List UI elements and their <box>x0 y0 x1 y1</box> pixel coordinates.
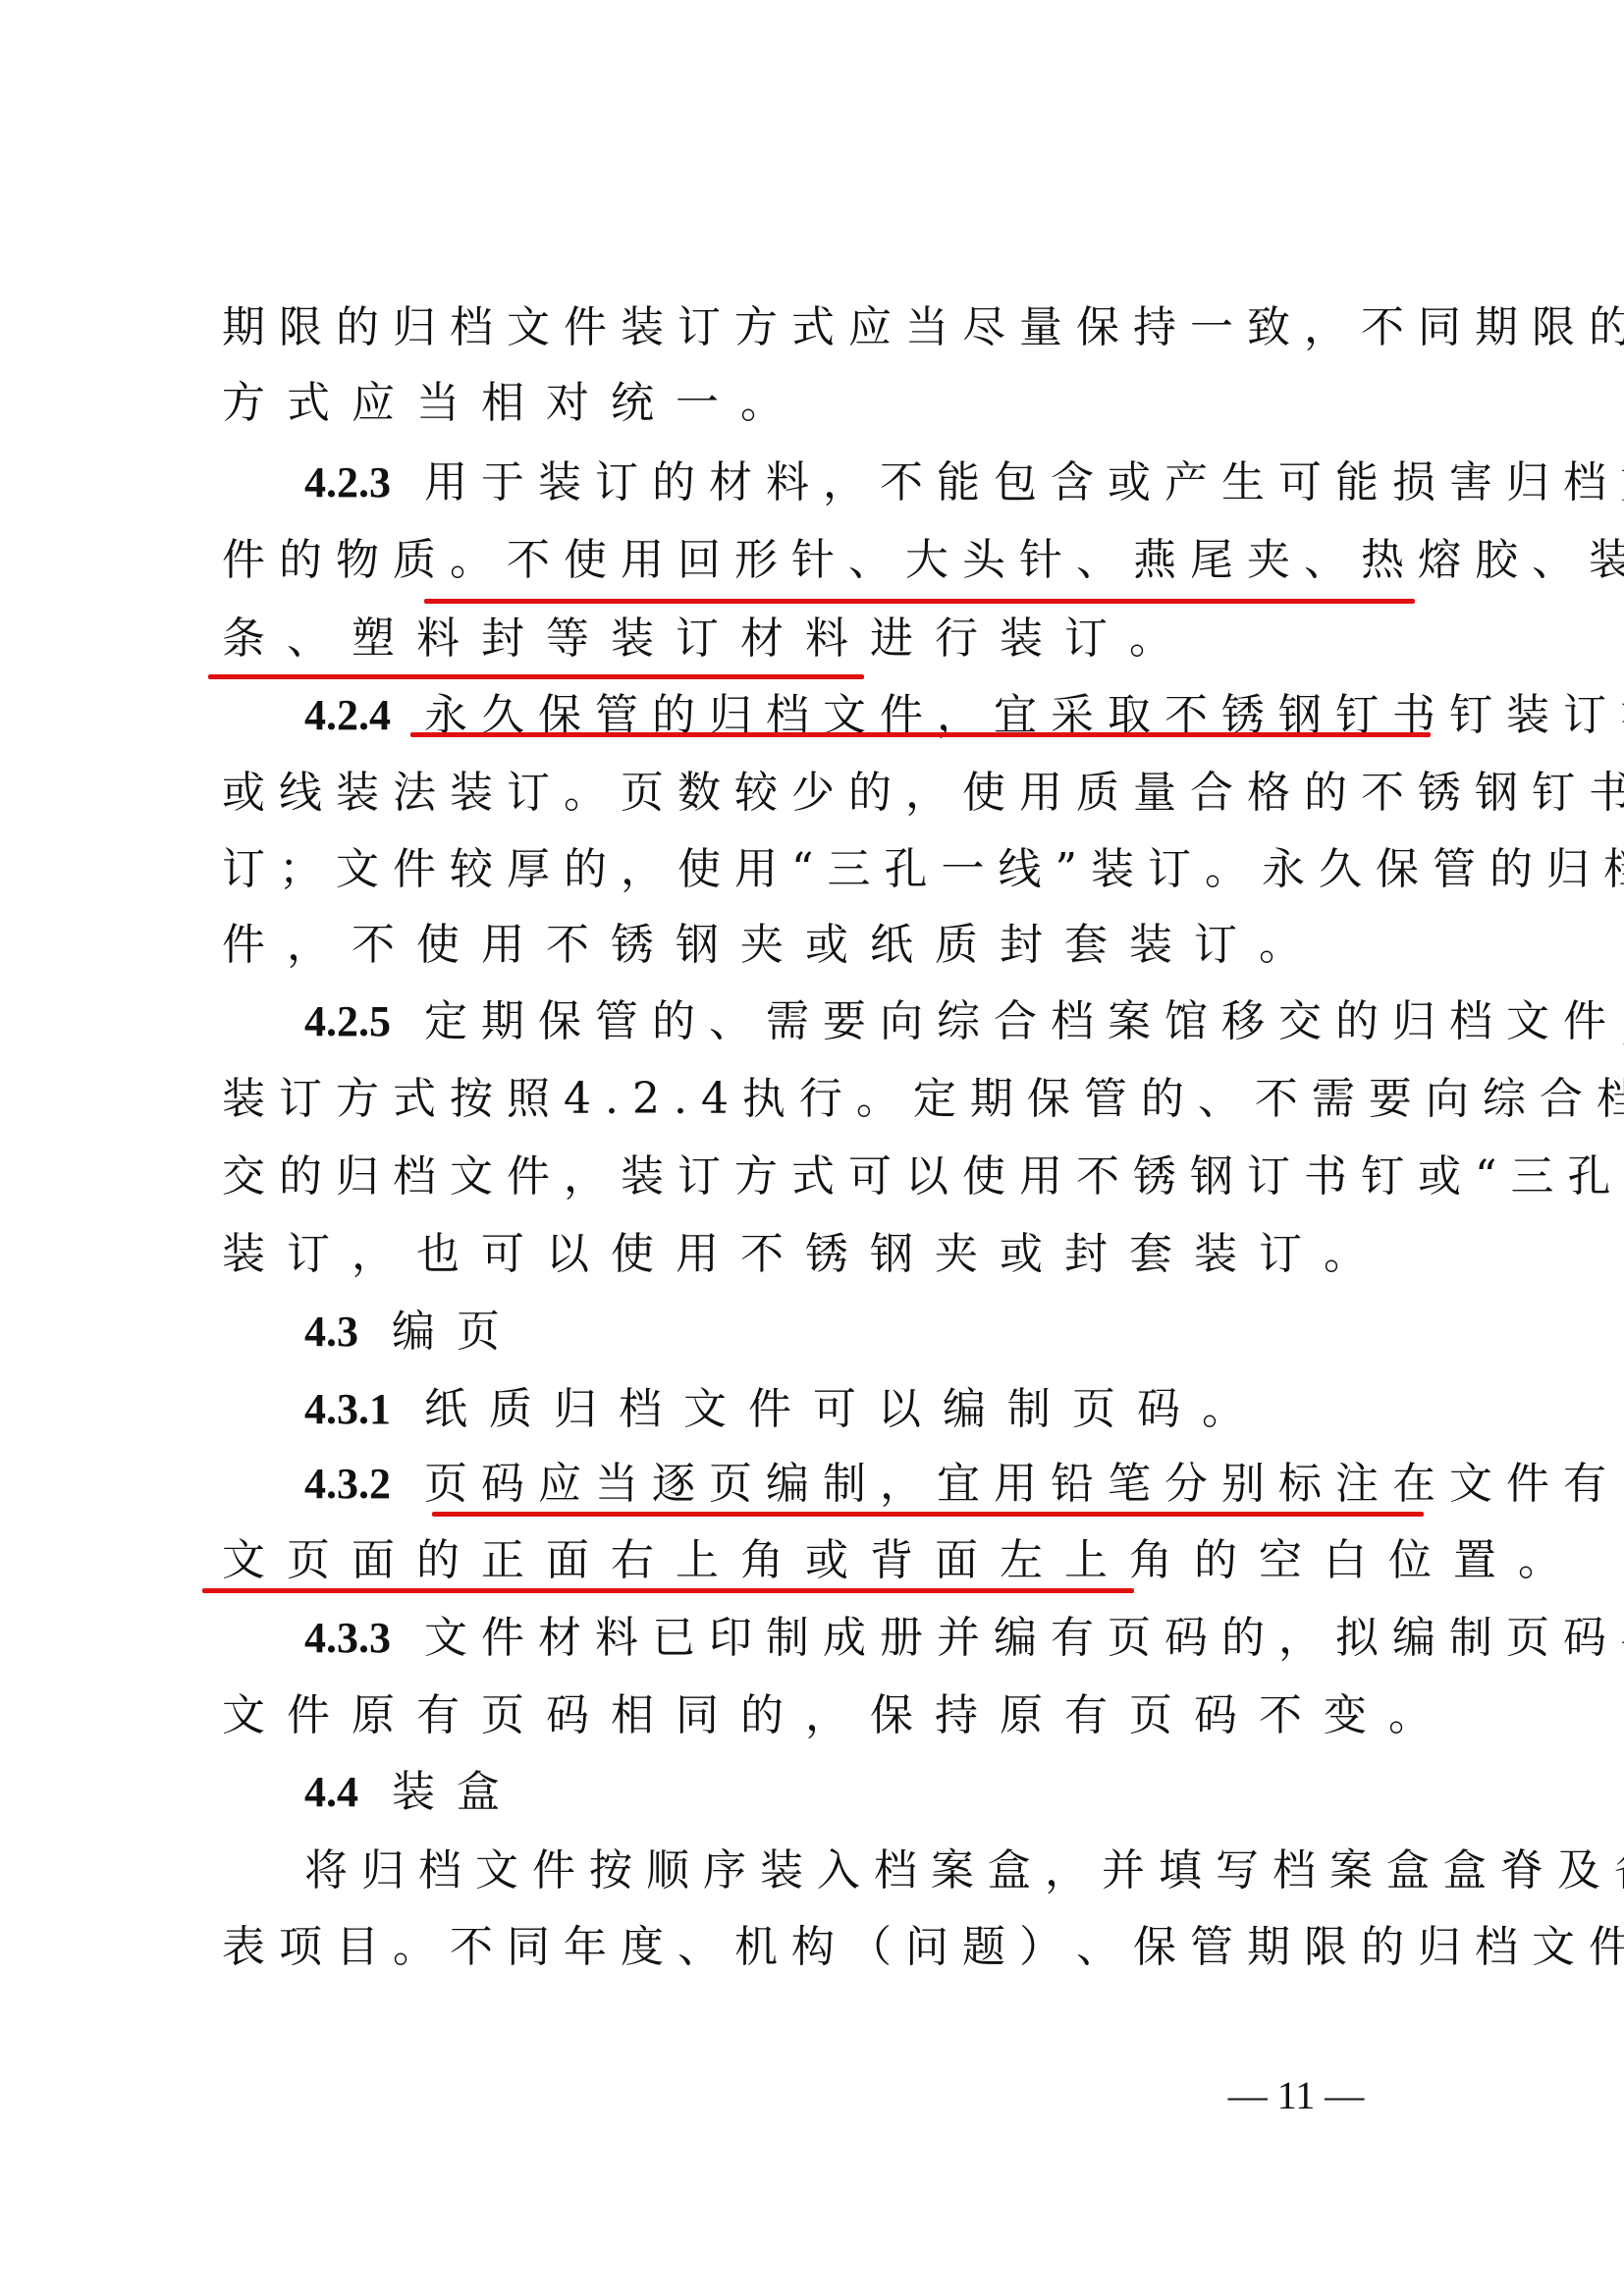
line-text: 订 ； 文 件 较 厚 的 ， 使 用 “ 三 孔 一 线 ” 装 订 。 永 … <box>222 844 1624 894</box>
body-line: 将 归 档 文 件 按 顺 序 装 入 档 案 盒 ， 并 填 写 档 案 盒 … <box>304 1842 1418 1900</box>
clause-number: 4.2.4 <box>304 686 391 745</box>
body-line: 交 的 归 档 文 件 ， 装 订 方 式 可 以 使 用 不 锈 钢 订 书 … <box>222 1148 1418 1206</box>
document-page: 期 限 的 归 档 文 件 装 订 方 式 应 当 尽 量 保 持 一 致 ， … <box>0 0 1624 2296</box>
line-text: 纸质归档文件可以编制页码。 <box>424 1384 1267 1434</box>
line-text: 期 限 的 归 档 文 件 装 订 方 式 应 当 尽 量 保 持 一 致 ， … <box>222 302 1624 352</box>
red-underline-annotation <box>424 599 1415 604</box>
section-heading-4-4: 4.4装盒 <box>304 1763 1418 1822</box>
body-line: 文件原有页码相同的，保持原有页码不变。 <box>222 1686 1418 1745</box>
line-text: 文件原有页码相同的，保持原有页码不变。 <box>222 1690 1453 1740</box>
line-text: 件 的 物 质 。 不 使 用 回 形 针 、 大 头 针 、 燕 尾 夹 、 … <box>222 535 1624 585</box>
body-line: 期 限 的 归 档 文 件 装 订 方 式 应 当 尽 量 保 持 一 致 ， … <box>222 298 1418 357</box>
section-number: 4.4 <box>304 1763 358 1822</box>
section-title: 装盒 <box>392 1767 521 1817</box>
red-underline-annotation <box>208 674 864 679</box>
body-line: 或 线 装 法 装 订 。 页 数 较 少 的 ， 使 用 质 量 合 格 的 … <box>222 764 1418 823</box>
line-text: 将 归 档 文 件 按 顺 序 装 入 档 案 盒 ， 并 填 写 档 案 盒 … <box>304 1845 1624 1896</box>
section-heading-4-3: 4.3编页 <box>304 1303 1418 1362</box>
line-text: 用 于 装 订 的 材 料 ， 不 能 包 含 或 产 生 可 能 损 害 归 … <box>424 457 1624 507</box>
clause-number: 4.3.3 <box>304 1609 391 1668</box>
section-title: 编页 <box>392 1307 521 1357</box>
clause-number: 4.3.2 <box>304 1455 391 1514</box>
line-text: 方式应当相对统一。 <box>222 378 805 428</box>
body-line: 装订，也可以使用不锈钢夹或封套装订。 <box>222 1225 1418 1284</box>
clause-number: 4.2.5 <box>304 992 391 1051</box>
clause-4-2-3: 4.2.3用 于 装 订 的 材 料 ， 不 能 包 含 或 产 生 可 能 损… <box>304 454 1418 512</box>
body-line: 条、塑料封等装订材料进行装订。 <box>222 610 1418 668</box>
body-line: 订 ； 文 件 较 厚 的 ， 使 用 “ 三 孔 一 线 ” 装 订 。 永 … <box>222 840 1418 899</box>
line-text: 定 期 保 管 的 、 需 要 向 综 合 档 案 馆 移 交 的 归 档 文 … <box>424 996 1624 1046</box>
body-line: 表 项 目 。 不 同 年 度 、 机 构 （ 问 题 ） 、 保 管 期 限 … <box>222 1918 1418 1977</box>
line-text: 或 线 装 法 装 订 。 页 数 较 少 的 ， 使 用 质 量 合 格 的 … <box>222 768 1624 818</box>
clause-4-2-5: 4.2.5定 期 保 管 的 、 需 要 向 综 合 档 案 馆 移 交 的 归… <box>304 992 1418 1051</box>
line-text: 文 件 材 料 已 印 制 成 册 并 编 有 页 码 的 ， 拟 编 制 页 … <box>424 1613 1624 1663</box>
body-line: 方式应当相对统一。 <box>222 374 1418 433</box>
red-underline-annotation <box>432 1512 1424 1517</box>
line-text: 装 订 方 式 按 照 4 . 2 . 4 执 行 。 定 期 保 管 的 、 … <box>222 1074 1624 1124</box>
body-line: 件，不使用不锈钢夹或纸质封套装订。 <box>222 916 1418 975</box>
line-text: 装订，也可以使用不锈钢夹或封套装订。 <box>222 1229 1388 1279</box>
section-number: 4.3 <box>304 1303 358 1362</box>
line-text: 表 项 目 。 不 同 年 度 、 机 构 （ 问 题 ） 、 保 管 期 限 … <box>222 1922 1624 1972</box>
page-number: — 11 — <box>1218 2071 1375 2120</box>
red-underline-annotation <box>202 1588 1134 1593</box>
line-text: 交 的 归 档 文 件 ， 装 订 方 式 可 以 使 用 不 锈 钢 订 书 … <box>222 1151 1624 1201</box>
clause-4-3-3: 4.3.3文 件 材 料 已 印 制 成 册 并 编 有 页 码 的 ， 拟 编… <box>304 1609 1418 1668</box>
clause-number: 4.2.3 <box>304 454 391 512</box>
body-line: 文页面的正面右上角或背面左上角的空白位置。 <box>222 1531 1418 1590</box>
line-text: 件，不使用不锈钢夹或纸质封套装订。 <box>222 920 1324 970</box>
body-line: 件 的 物 质 。 不 使 用 回 形 针 、 大 头 针 、 燕 尾 夹 、 … <box>222 531 1418 590</box>
line-text: 页 码 应 当 逐 页 编 制 ， 宜 用 铅 笔 分 别 标 注 在 文 件 … <box>424 1459 1624 1509</box>
line-text: 文页面的正面右上角或背面左上角的空白位置。 <box>222 1535 1583 1585</box>
clause-4-3-2: 4.3.2页 码 应 当 逐 页 编 制 ， 宜 用 铅 笔 分 别 标 注 在… <box>304 1455 1418 1514</box>
red-underline-annotation <box>410 732 1431 737</box>
line-text: 条、塑料封等装订材料进行装订。 <box>222 614 1194 664</box>
clause-number: 4.3.1 <box>304 1380 391 1439</box>
body-line: 装 订 方 式 按 照 4 . 2 . 4 执 行 。 定 期 保 管 的 、 … <box>222 1070 1418 1129</box>
clause-4-3-1: 4.3.1纸质归档文件可以编制页码。 <box>304 1380 1418 1439</box>
